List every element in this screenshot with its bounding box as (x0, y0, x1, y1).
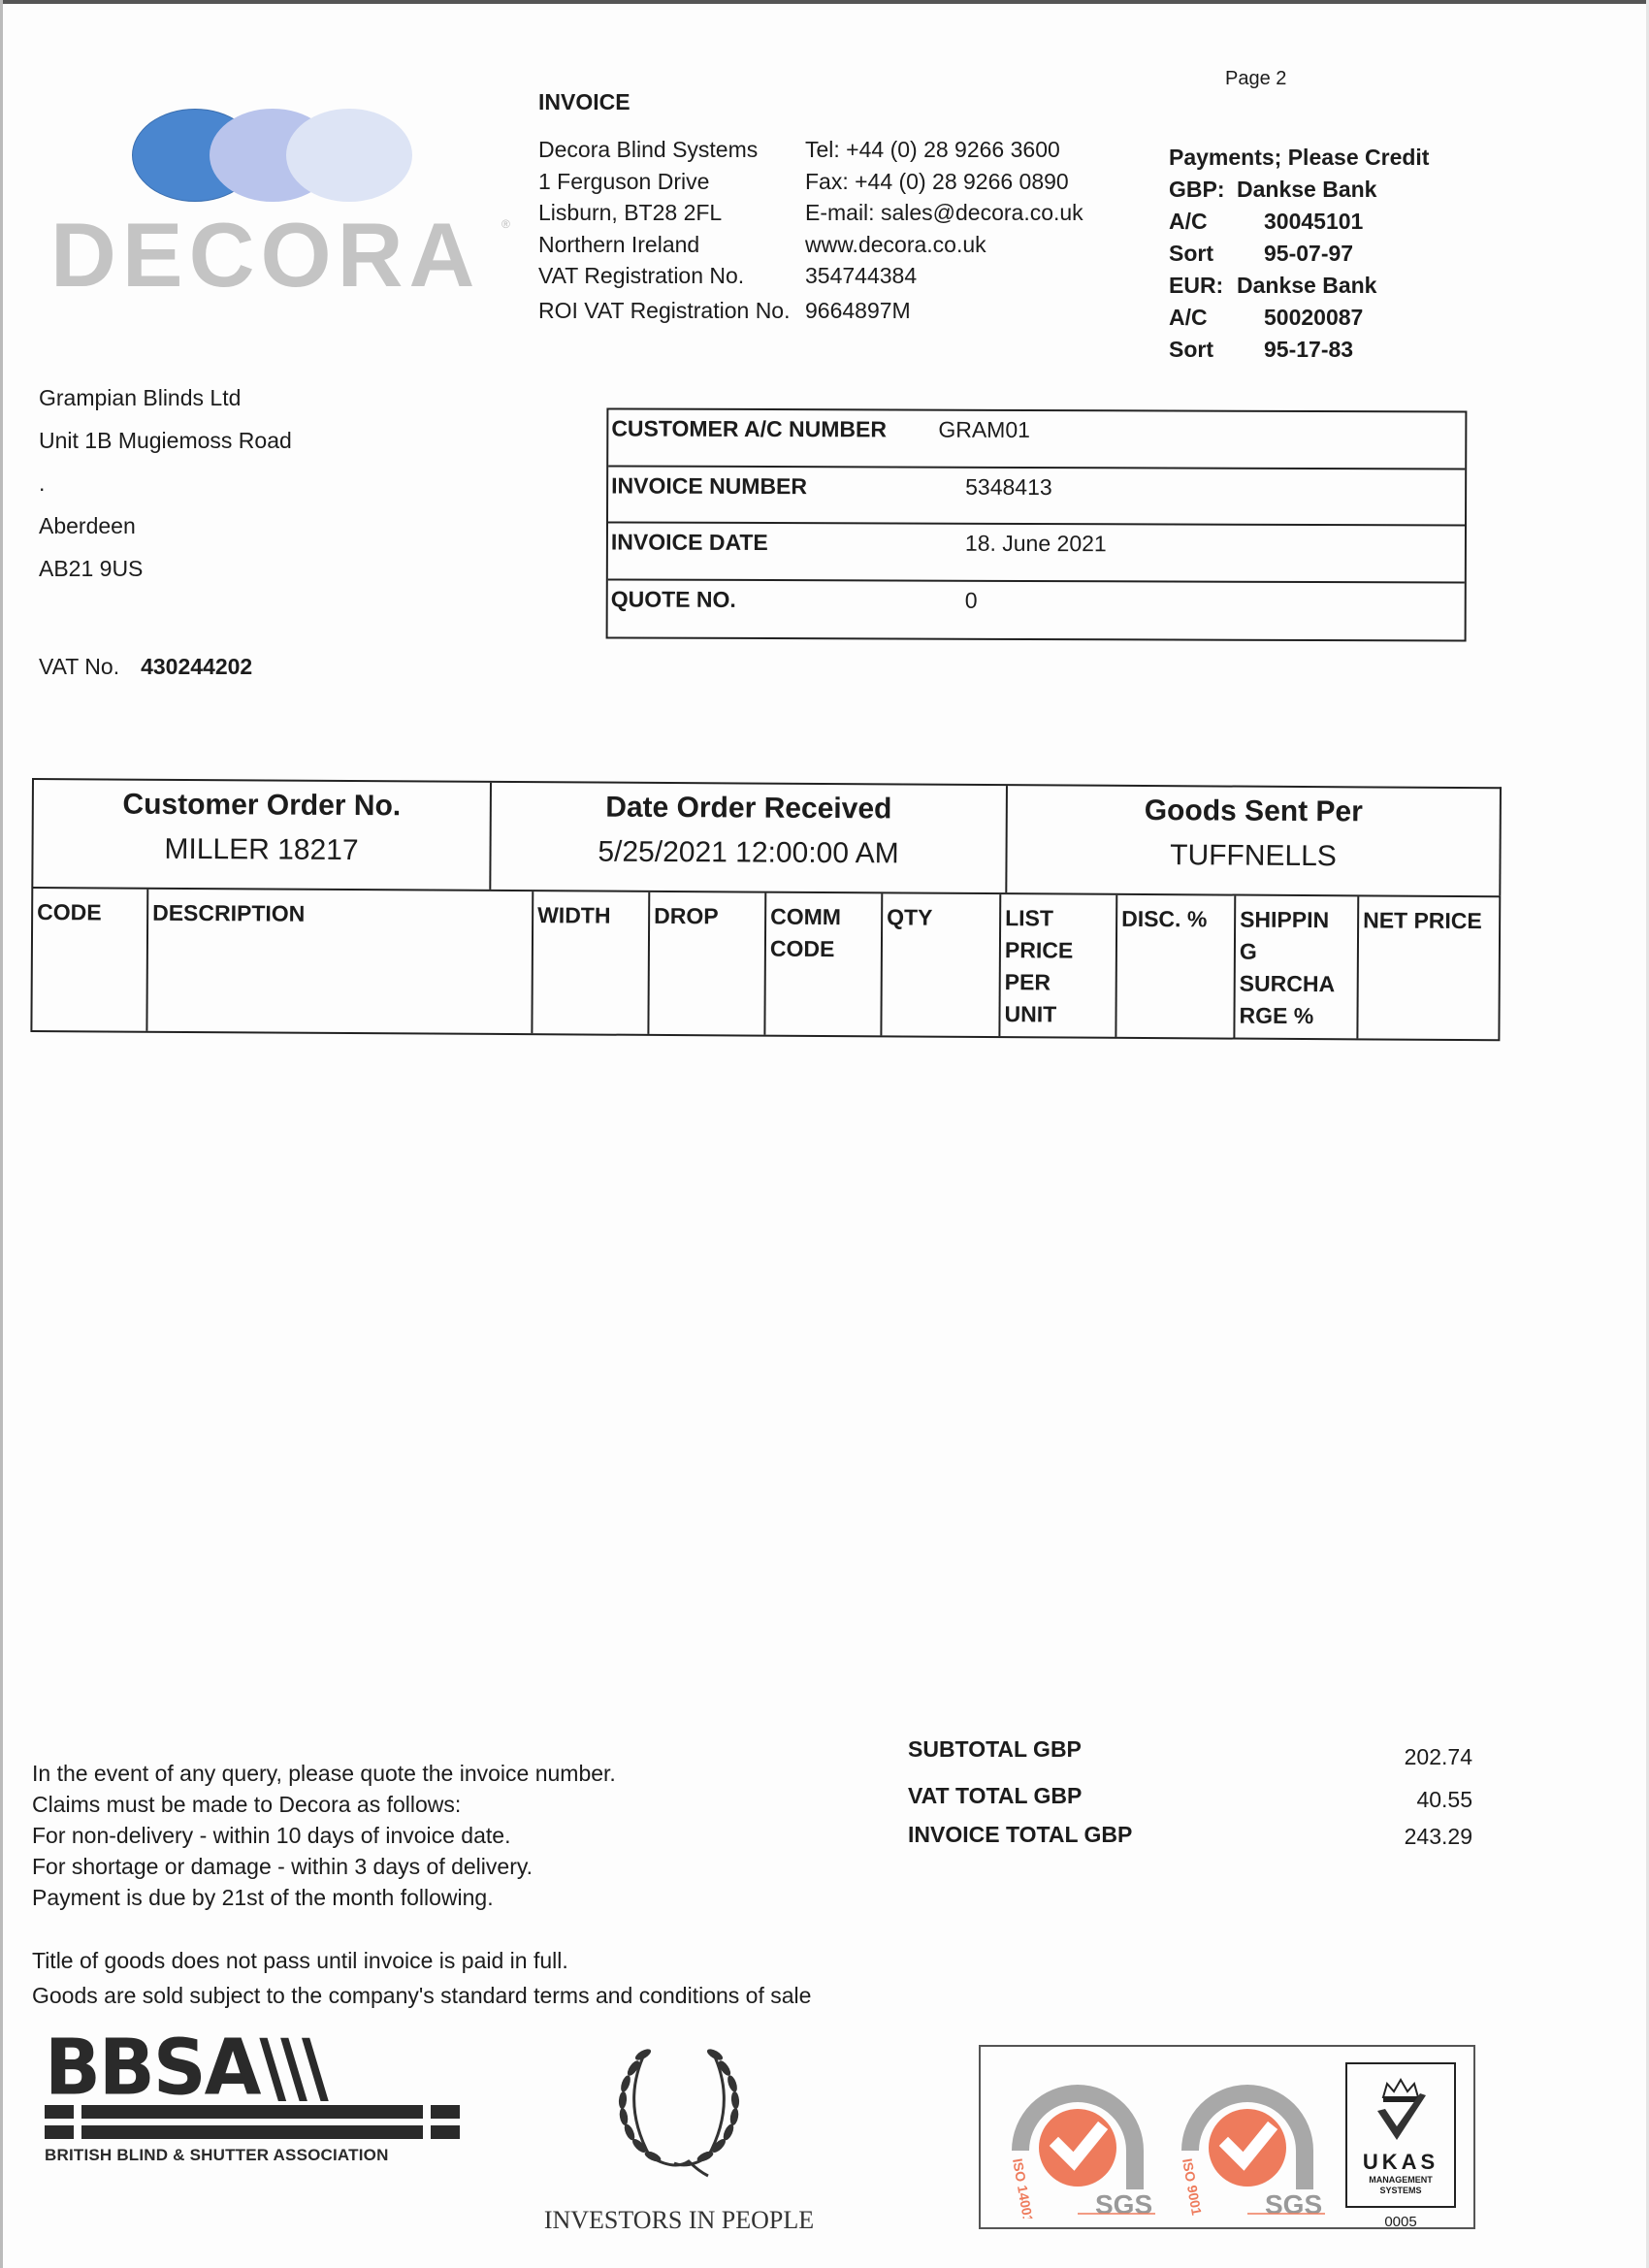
svg-text:ISO 9001: ISO 9001 (1180, 2157, 1205, 2217)
email-link[interactable]: E-mail: sales@decora.co.uk (805, 197, 1083, 229)
iip-caption: INVESTORS IN PEOPLE (514, 2206, 844, 2235)
bill-to-address: Grampian Blinds Ltd Unit 1B Mugiemoss Ro… (39, 376, 292, 590)
sgs-iso14001-badge: ISO 14001 SGS (1000, 2058, 1155, 2219)
col-qty: QTY (882, 893, 1001, 1036)
payment-row: A/C50020087 (1169, 302, 1429, 334)
carrier: TUFFNELLS (1007, 838, 1499, 874)
sgs-check-icon: ISO 14001 SGS (1000, 2058, 1155, 2219)
totals-block: SUBTOTAL GBP 202.74 VAT TOTAL GBP 40.55 … (908, 1736, 1472, 1850)
customer-address-line: . (39, 462, 292, 504)
address-line: ROI VAT Registration No. (538, 295, 791, 326)
info-row-account: CUSTOMER A/C NUMBER GRAM01 (608, 409, 1465, 470)
investors-in-people-logo: INVESTORS IN PEOPLE (514, 2035, 844, 2229)
col-discount: DISC. % (1116, 895, 1236, 1038)
date-received-cell: Date Order Received 5/25/2021 12:00:00 A… (491, 783, 1008, 892)
terms-line: Payment is due by 21st of the month foll… (32, 1882, 616, 1913)
fax-line: Fax: +44 (0) 28 9266 0890 (805, 166, 1083, 198)
terms-line: For shortage or damage - within 3 days o… (32, 1851, 616, 1882)
bbsa-logo: BBSA\\\ BRITISH BLIND & SHUTTER ASSOCIAT… (45, 2037, 481, 2173)
order-table: Customer Order No. MILLER 18217 Date Ord… (30, 778, 1502, 1041)
customer-vat: VAT No.430244202 (39, 654, 252, 680)
col-shipping-surcharge: SHIPPIN G SURCHA RGE % (1235, 896, 1359, 1039)
col-comm-code: COMM CODE (765, 893, 883, 1036)
scan-edge-top (0, 0, 1649, 4)
customer-order-number: MILLER 18217 (33, 832, 489, 868)
phone-line: Tel: +44 (0) 28 9266 3600 (805, 134, 1083, 166)
date-order-received: 5/25/2021 12:00:00 AM (491, 835, 1005, 871)
company-address: Decora Blind Systems 1 Ferguson Drive Li… (538, 134, 791, 326)
certification-logos: ISO 14001 SGS ISO 9001 SGS UKAS MANAGEME… (979, 2045, 1475, 2229)
payment-row: EUR:Dankse Bank (1169, 270, 1429, 302)
ukas-title: UKAS (1347, 2150, 1454, 2175)
terms-line: For non-delivery - within 10 days of inv… (32, 1820, 616, 1851)
decora-logo: DECORA ® (50, 105, 516, 299)
terms-line: Title of goods does not pass until invoi… (32, 1943, 811, 1978)
line-items-header: CODE DESCRIPTION WIDTH DROP COMM CODE QT… (30, 887, 1501, 1041)
address-line: VAT Registration No. (538, 260, 791, 292)
vat-total-row: VAT TOTAL GBP 40.55 (908, 1783, 1472, 1822)
payment-row: GBP:Dankse Bank (1169, 174, 1429, 206)
scan-edge-left (0, 0, 3, 2268)
invoice-total-value: 243.29 (1405, 1824, 1472, 1850)
terms-block: In the event of any query, please quote … (32, 1758, 616, 1913)
subtotal-value: 202.74 (1405, 1744, 1472, 1783)
logo-circle-light-icon (286, 109, 412, 202)
payment-row: Sort95-07-97 (1169, 238, 1429, 270)
registered-mark: ® (501, 217, 510, 231)
order-summary-row: Customer Order No. MILLER 18217 Date Ord… (31, 778, 1502, 895)
ukas-badge: UKAS MANAGEMENT SYSTEMS (1345, 2062, 1456, 2208)
website-link[interactable]: www.decora.co.uk (805, 229, 1083, 261)
customer-postcode: AB21 9US (39, 547, 292, 590)
col-description: DESCRIPTION (147, 890, 533, 1033)
col-net-price: NET PRICE (1358, 896, 1499, 1039)
document-title: INVOICE (538, 89, 630, 115)
crown-check-icon (1362, 2070, 1439, 2148)
bbsa-wordmark: BBSA\\\ (45, 2035, 481, 2098)
col-code: CODE (32, 889, 148, 1031)
terms-line: Claims must be made to Decora as follows… (32, 1789, 616, 1820)
payment-row: A/C30045101 (1169, 206, 1429, 238)
quote-number: 0 (930, 587, 978, 613)
info-row-invoice-number: INVOICE NUMBER 5348413 (608, 467, 1465, 527)
roi-vat-reg-number: 9664897M (805, 295, 1083, 327)
logo-wordmark: DECORA (50, 210, 480, 301)
terms-line: In the event of any query, please quote … (32, 1758, 616, 1789)
address-line: Lisburn, BT28 2FL (538, 197, 791, 229)
vat-total-value: 40.55 (1416, 1787, 1472, 1822)
bbsa-fullname: BRITISH BLIND & SHUTTER ASSOCIATION (45, 2146, 481, 2165)
col-list-price: LIST PRICE PER UNIT (1000, 894, 1117, 1037)
company-contact: Tel: +44 (0) 28 9266 3600 Fax: +44 (0) 2… (805, 134, 1083, 326)
customer-vat-label: VAT No. (39, 654, 119, 679)
payment-title: Payments; Please Credit (1169, 142, 1429, 174)
goods-sent-cell: Goods Sent Per TUFFNELLS (1007, 786, 1500, 895)
vat-reg-number: 354744384 (805, 260, 1083, 292)
info-row-invoice-date: INVOICE DATE 18. June 2021 (608, 523, 1465, 583)
customer-city: Aberdeen (39, 504, 292, 547)
payment-details: Payments; Please Credit GBP:Dankse Bank … (1169, 142, 1429, 366)
customer-order-cell: Customer Order No. MILLER 18217 (33, 780, 492, 890)
address-line: 1 Ferguson Drive (538, 166, 791, 198)
title-terms-block: Title of goods does not pass until invoi… (32, 1943, 811, 2013)
page-number: Page 2 (1225, 68, 1286, 90)
invoice-info-box: CUSTOMER A/C NUMBER GRAM01 INVOICE NUMBE… (606, 407, 1468, 641)
customer-name: Grampian Blinds Ltd (39, 376, 292, 419)
invoice-number: 5348413 (930, 473, 1052, 500)
sgs-check-icon: ISO 9001 SGS (1170, 2058, 1325, 2219)
info-row-quote: QUOTE NO. 0 (608, 580, 1465, 640)
laurel-wreath-icon (597, 2035, 761, 2181)
invoice-date: 18. June 2021 (930, 531, 1107, 558)
customer-vat-value: 430244202 (141, 654, 252, 679)
address-line: Northern Ireland (538, 229, 791, 261)
invoice-total-row: INVOICE TOTAL GBP 243.29 (908, 1822, 1472, 1850)
subtotal-row: SUBTOTAL GBP 202.74 (908, 1736, 1472, 1783)
account-number: GRAM01 (930, 417, 1030, 443)
payment-row: Sort95-17-83 (1169, 334, 1429, 366)
terms-line: Goods are sold subject to the company's … (32, 1978, 811, 2013)
address-line: Decora Blind Systems (538, 134, 791, 166)
col-drop: DROP (649, 892, 766, 1035)
customer-address-line: Unit 1B Mugiemoss Road (39, 419, 292, 462)
sgs-iso9001-badge: ISO 9001 SGS (1170, 2058, 1325, 2219)
ukas-number: 0005 (1357, 2214, 1444, 2230)
col-width: WIDTH (533, 891, 650, 1034)
svg-text:ISO 14001: ISO 14001 (1010, 2157, 1036, 2219)
